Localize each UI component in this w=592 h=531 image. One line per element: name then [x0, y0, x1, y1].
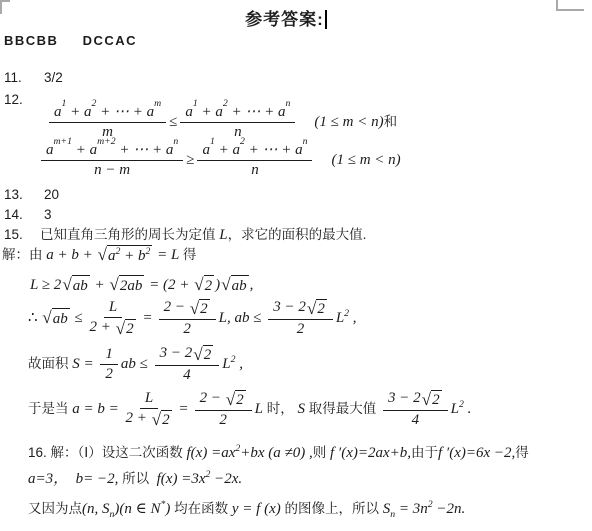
fraction: 3 − 2√2 4: [155, 345, 220, 385]
fraction-numerator: 3 − 2√2: [268, 299, 333, 320]
solve-prefix: 解：由: [2, 247, 46, 264]
radicand: 2: [125, 319, 136, 338]
fraction: 1 2: [100, 346, 118, 384]
time-text: 时，: [263, 401, 298, 418]
sqrt: √2: [307, 299, 327, 318]
radical-sign: √: [194, 276, 203, 293]
sqrt: √ab: [221, 275, 248, 296]
radicand: a2 + b2: [107, 245, 152, 266]
fraction-numerator: 3 − 2√2: [155, 345, 220, 366]
fraction-numerator: 2 − √2: [159, 299, 216, 320]
radical-sign: √: [152, 411, 161, 428]
radical-sign: √: [98, 246, 107, 263]
radical-sign: √: [422, 391, 431, 408]
expr: +: [91, 276, 109, 295]
q13-number: 13.: [4, 187, 44, 204]
fraction-numerator: 1: [100, 346, 118, 365]
radicand: 2: [204, 275, 215, 296]
radicand: 2: [235, 390, 246, 409]
q11-line: 11. 3/2: [4, 70, 63, 87]
choice-answers: BBCBB DCCAC: [4, 33, 156, 48]
expr: S: [298, 400, 306, 419]
fraction: 3 − 2√2 2: [268, 299, 333, 339]
expr: = L: [153, 246, 182, 265]
relation-sign: ≥: [186, 151, 194, 170]
condition: (1 ≤ m < n): [314, 113, 383, 132]
sqrt: √2: [226, 390, 246, 409]
expr: a=3， b= −2,: [28, 470, 118, 489]
sqrt: √2: [152, 410, 172, 429]
fraction-numerator: 3 − 2√2: [383, 390, 448, 411]
fraction: 3 − 2√2 4: [383, 390, 448, 430]
radical-sign: √: [190, 300, 199, 317]
on-function-text: 均在函数: [170, 501, 232, 518]
q13-answer: 20: [44, 187, 59, 204]
num-text: 3 − 2: [160, 345, 193, 362]
condition: (1 ≤ m < n): [331, 151, 400, 170]
relation-sign: ≤: [169, 113, 177, 132]
q15-problem-line: 15. 已知直角三角形的周长为定值 L ，求它的面积的最大值.: [4, 226, 366, 245]
radical-sign: √: [109, 276, 118, 293]
fraction: am+1 + am+2 + ⋯ + an n − m: [41, 142, 183, 180]
q12-inequality-2: am+1 + am+2 + ⋯ + an n − m ≥ a1 + a2 + ⋯…: [38, 142, 401, 180]
expr: L, ab ≤: [219, 309, 266, 328]
sqrt: √a2 + b2: [98, 245, 153, 266]
expr: f(x) =3x2 −2x.: [157, 470, 243, 489]
fraction-denominator: 4: [183, 366, 191, 384]
expr: ab ≤: [121, 355, 152, 374]
den-text: 2 +: [90, 319, 115, 336]
radical-sign: √: [221, 276, 230, 293]
q15-solution-line-2: L ≥ 2 √ab + √2ab = (2 + √2 ) √ab ,: [30, 275, 253, 296]
fraction: L 2 + √2: [126, 390, 173, 430]
fraction-numerator: L: [104, 299, 122, 318]
num-text: 2 −: [200, 390, 225, 407]
sqrt: √ab: [42, 308, 69, 329]
expr: L2 ,: [336, 309, 357, 328]
radicand: 2: [199, 299, 210, 318]
fraction-numerator: 2 − √2: [195, 390, 252, 411]
q15-solution-line-3: ∴ √ab ≤ L 2 + √2 = 2 − √2 2 L, ab ≤ 3 − …: [28, 299, 357, 339]
fraction-denominator: n − m: [94, 161, 130, 179]
radicand: ab: [72, 275, 90, 296]
expr: f(x) =ax2+bx (a ≠0) ,: [187, 444, 313, 463]
sqrt: √ab: [62, 275, 89, 296]
fraction-denominator: n: [251, 161, 259, 179]
fraction-denominator: 4: [412, 411, 420, 429]
fraction-numerator: a1 + a2 + ⋯ + an: [180, 104, 295, 123]
sqrt: √2: [190, 299, 210, 318]
sqrt: √2: [194, 275, 214, 296]
fraction-numerator: a1 + a2 + ⋯ + an: [197, 142, 312, 161]
radicand: 2: [431, 390, 442, 409]
num-text: 3 − 2: [273, 299, 306, 316]
q16-line-1: 16. 解：（Ⅰ）设这二次函数 f(x) =ax2+bx (a ≠0) , 则 …: [28, 444, 529, 463]
fraction: 2 − √2 2: [195, 390, 252, 430]
page-title: 参考答案:: [245, 10, 324, 29]
expr: ,: [250, 276, 254, 295]
expr: a + b +: [46, 246, 96, 265]
expr: L2 .: [451, 400, 472, 419]
q12-number: 12.: [4, 92, 44, 109]
q15-solution-line-5: 于是当 a = b = L 2 + √2 = 2 − √2 2 L 时， S 取…: [28, 390, 471, 430]
q11-number: 11.: [4, 70, 44, 87]
q13-line: 13. 20: [4, 187, 59, 204]
text-cursor: [325, 10, 327, 29]
max-text: 取得最大值: [305, 401, 380, 418]
doc-title-row: 参考答案:: [0, 5, 572, 30]
fraction-numerator: am+1 + am+2 + ⋯ + an: [41, 142, 183, 161]
equals-sign: =: [176, 400, 192, 419]
expr: f ′(x)=2ax+b,: [330, 444, 411, 463]
graph-text: 的图像上，所以: [281, 501, 383, 518]
expr: S =: [72, 355, 97, 374]
then-word: 则: [313, 445, 330, 462]
q16-intro: 16. 解：（Ⅰ）设这二次函数: [28, 445, 187, 462]
num-text: 2 −: [164, 299, 189, 316]
expr: (n, Sn)(n ∈ N*): [82, 500, 170, 519]
also-text: 又因为点: [28, 501, 82, 518]
because-word: 由于: [411, 445, 438, 462]
expr: L: [255, 400, 263, 419]
expr: L ≥ 2: [30, 276, 61, 295]
num-text: 3 − 2: [388, 390, 421, 407]
radical-sign: √: [42, 309, 51, 326]
fraction: L 2 + √2: [90, 299, 137, 339]
q15-number: 15.: [4, 227, 40, 244]
radical-sign: √: [116, 320, 125, 337]
radicand: ab: [52, 308, 70, 329]
expr: ): [215, 276, 220, 295]
expr: Sn = 3n2 −2n.: [383, 500, 466, 519]
q14-number: 14.: [4, 207, 44, 224]
q14-line: 14. 3: [4, 207, 52, 224]
fraction-denominator: 2: [183, 320, 191, 338]
radical-sign: √: [226, 391, 235, 408]
expr: f ′(x)=6x −2,: [438, 444, 515, 463]
sqrt: √2: [193, 345, 213, 364]
radical-sign: √: [62, 276, 71, 293]
relation-sign: ≤: [71, 309, 87, 328]
then-text: 于是当: [28, 401, 72, 418]
expr: L2 ,: [222, 355, 243, 374]
den-text: 2 +: [126, 410, 151, 427]
so-word: 所以: [118, 471, 156, 488]
radicand: 2: [161, 410, 172, 429]
q15-problem-var: L: [219, 226, 227, 245]
document-page[interactable]: 参考答案: BBCBB DCCAC 11. 3/2 12. a1 + a2 + …: [0, 0, 592, 531]
fraction-denominator: 2: [219, 411, 227, 429]
radicand: 2: [316, 299, 327, 318]
expr: a = b =: [72, 400, 122, 419]
fraction-denominator: 2: [105, 365, 113, 383]
fraction-denominator: 2 + √2: [126, 409, 173, 429]
sqrt: √2: [422, 390, 442, 409]
fraction-numerator: L: [140, 390, 158, 409]
fraction-denominator: 2 + √2: [90, 318, 137, 338]
q12-line: 12.: [4, 92, 44, 109]
q16-line-2: a=3， b= −2, 所以 f(x) =3x2 −2x.: [28, 470, 242, 489]
choice-answers-group1: BBCBB: [4, 33, 58, 48]
radical-sign: √: [193, 346, 202, 363]
q15-solution-line-1: 解：由 a + b + √a2 + b2 = L 得: [2, 245, 196, 266]
fraction: a1 + a2 + ⋯ + an n: [180, 104, 295, 142]
radicand: ab: [231, 275, 249, 296]
expr: = (2 +: [145, 276, 193, 295]
radicand: 2ab: [119, 275, 145, 296]
q14-answer: 3: [44, 207, 52, 224]
fraction: 2 − √2 2: [159, 299, 216, 339]
radicand: 2: [203, 345, 214, 364]
q16-line-3: 又因为点 (n, Sn)(n ∈ N*) 均在函数 y = f (x) 的图像上…: [28, 500, 465, 519]
sqrt: √2: [116, 319, 136, 338]
radical-sign: √: [307, 300, 316, 317]
fraction-denominator: 2: [297, 320, 305, 338]
and-word: 和: [384, 114, 398, 131]
area-text: 故面积: [28, 356, 72, 373]
q15-problem-text-b: ，求它的面积的最大值.: [228, 227, 367, 244]
get-word: 得: [515, 445, 529, 462]
choice-answers-group2: DCCAC: [83, 33, 137, 48]
therefore-sign: ∴: [28, 309, 41, 328]
expr: y = f (x): [232, 500, 281, 519]
q15-problem-text-a: 已知直角三角形的周长为定值: [40, 227, 219, 244]
fraction-numerator: a1 + a2 + ⋯ + am: [49, 104, 166, 123]
equals-sign: =: [140, 309, 156, 328]
q15-solution-line-4: 故面积 S = 1 2 ab ≤ 3 − 2√2 4 L2 ,: [28, 345, 243, 385]
solve-suffix: 得: [183, 247, 197, 264]
sqrt: √2ab: [109, 275, 144, 296]
fraction: a1 + a2 + ⋯ + an n: [197, 142, 312, 180]
q11-answer: 3/2: [44, 70, 63, 87]
